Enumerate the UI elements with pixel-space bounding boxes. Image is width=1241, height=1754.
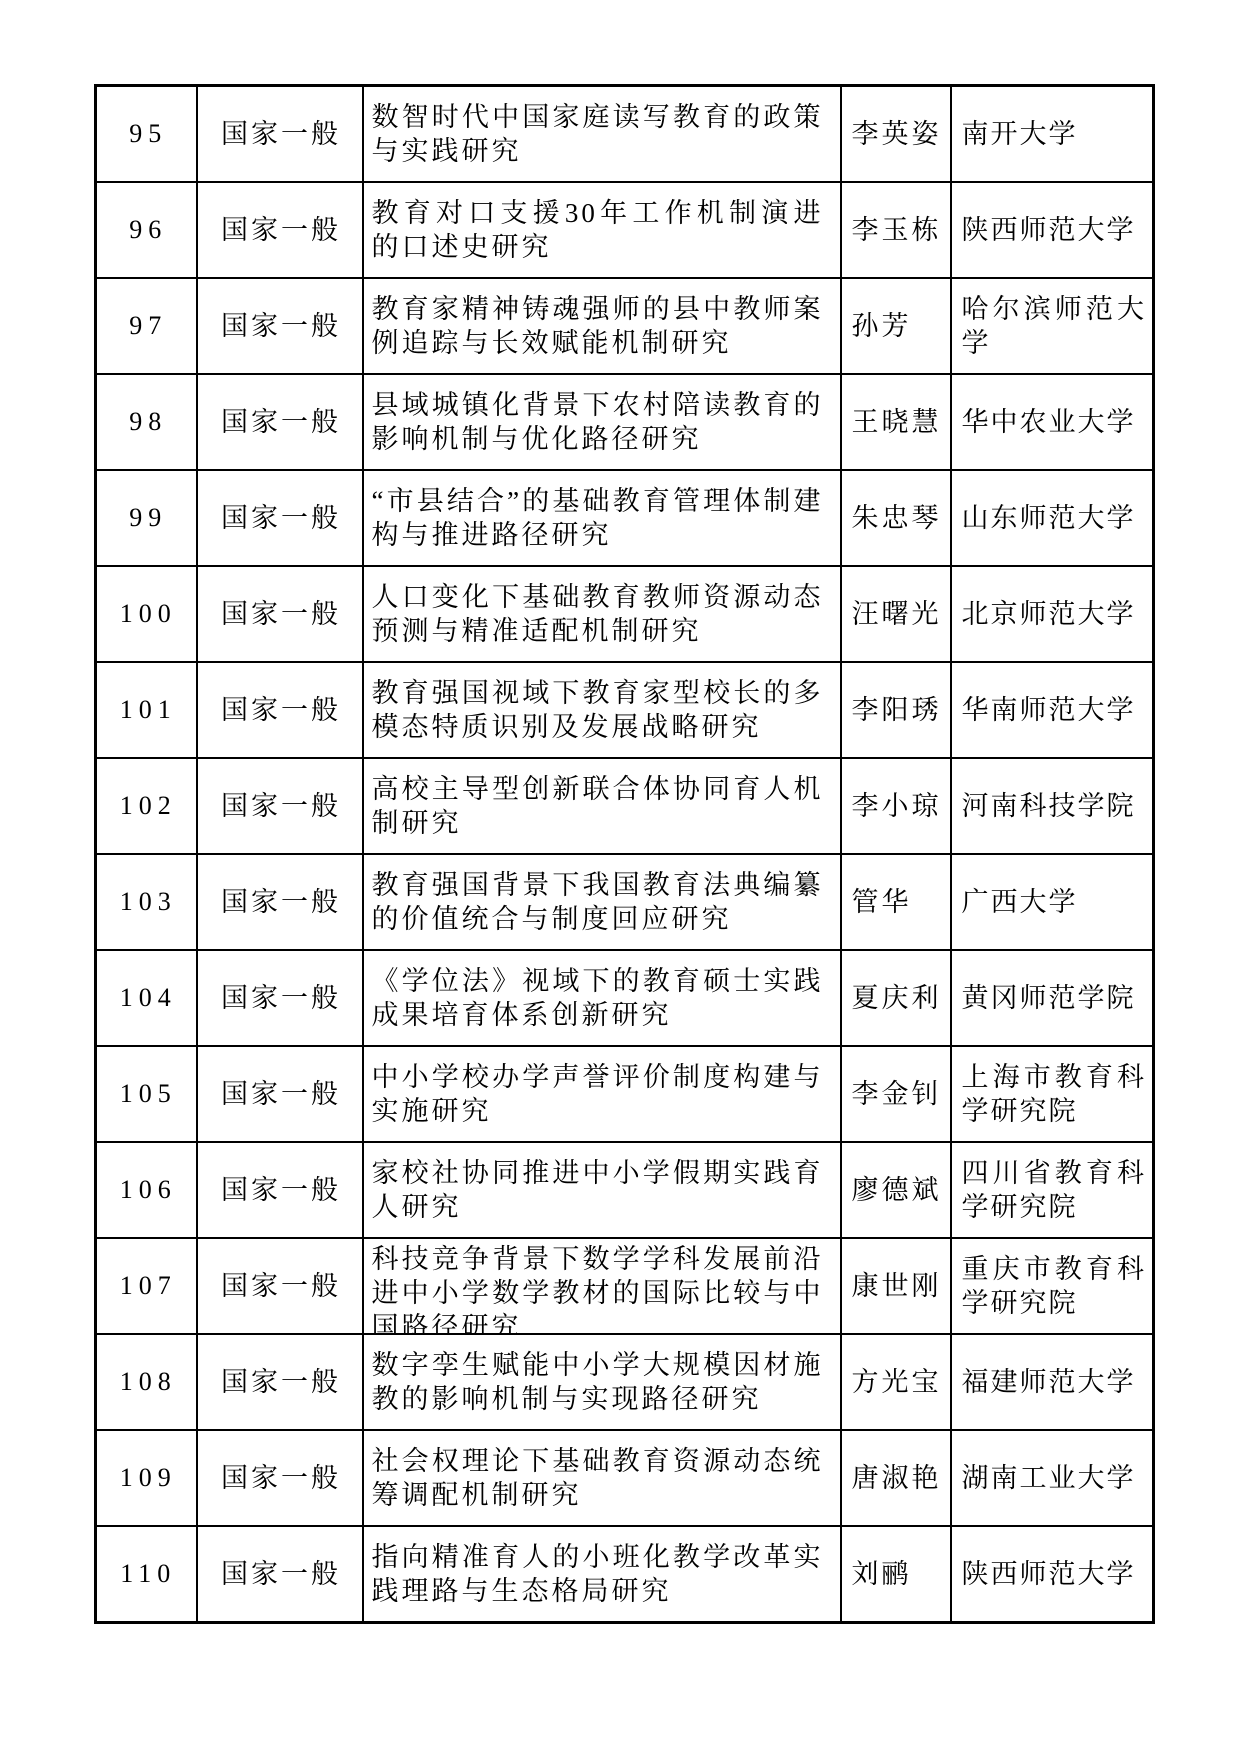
row-number-cell: 102: [96, 758, 197, 854]
table-row: 105 国家一般 中小学校办学声誉评价制度构建与实施研究 李金钊 上海市教育科学…: [96, 1046, 1154, 1142]
category-cell: 国家一般: [197, 1526, 363, 1623]
table-row: 104 国家一般 《学位法》视域下的教育硕士实践成果培育体系创新研究 夏庆利 黄…: [96, 950, 1154, 1046]
category-text: 国家一般: [198, 1335, 362, 1429]
institution-text: 陕西师范大学: [952, 1527, 1153, 1621]
table-row: 109 国家一般 社会权理论下基础教育资源动态统筹调配机制研究 唐淑艳 湖南工业…: [96, 1430, 1154, 1526]
institution-cell: 华南师范大学: [951, 662, 1154, 758]
institution-cell: 山东师范大学: [951, 470, 1154, 566]
institution-text: 广西大学: [952, 855, 1153, 949]
table-row: 101 国家一般 教育强国视域下教育家型校长的多模态特质识别及发展战略研究 李阳…: [96, 662, 1154, 758]
project-title-text: 教育家精神铸魂强师的县中教师案例追踪与长效赋能机制研究: [364, 279, 824, 373]
row-number-text: 106: [97, 1143, 196, 1237]
institution-cell: 上海市教育科学研究院: [951, 1046, 1154, 1142]
category-cell: 国家一般: [197, 854, 363, 950]
table-row: 95 国家一般 数智时代中国家庭读写教育的政策与实践研究 李英姿 南开大学: [96, 86, 1154, 183]
leader-name-cell: 汪曙光: [841, 566, 951, 662]
institution-cell: 河南科技学院: [951, 758, 1154, 854]
project-title-text: 教育强国背景下我国教育法典编纂的价值统合与制度回应研究: [364, 855, 824, 949]
leader-name-text: 刘鹂: [842, 1527, 950, 1621]
project-title-cell: 教育对口支援30年工作机制演进的口述史研究: [363, 182, 841, 278]
institution-text: 四川省教育科学研究院: [952, 1143, 1153, 1237]
institution-cell: 福建师范大学: [951, 1334, 1154, 1430]
project-title-cell: 中小学校办学声誉评价制度构建与实施研究: [363, 1046, 841, 1142]
category-cell: 国家一般: [197, 662, 363, 758]
row-number-text: 102: [97, 759, 196, 853]
project-title-text: 社会权理论下基础教育资源动态统筹调配机制研究: [364, 1431, 824, 1525]
leader-name-text: 王晓慧: [842, 375, 950, 469]
row-number-cell: 99: [96, 470, 197, 566]
category-text: 国家一般: [198, 759, 362, 853]
row-number-cell: 103: [96, 854, 197, 950]
leader-name-text: 康世刚: [842, 1239, 950, 1333]
leader-name-text: 李小琼: [842, 759, 950, 853]
leader-name-cell: 李金钊: [841, 1046, 951, 1142]
row-number-text: 97: [97, 279, 196, 373]
row-number-text: 98: [97, 375, 196, 469]
table-row: 102 国家一般 高校主导型创新联合体协同育人机制研究 李小琼 河南科技学院: [96, 758, 1154, 854]
category-text: 国家一般: [198, 183, 362, 277]
project-title-text: 县域城镇化背景下农村陪读教育的影响机制与优化路径研究: [364, 375, 824, 469]
table-row: 103 国家一般 教育强国背景下我国教育法典编纂的价值统合与制度回应研究 管华 …: [96, 854, 1154, 950]
institution-cell: 黄冈师范学院: [951, 950, 1154, 1046]
leader-name-cell: 夏庆利: [841, 950, 951, 1046]
leader-name-cell: 管华: [841, 854, 951, 950]
table-row: 107 国家一般 科技竞争背景下数学学科发展前沿进中小学数学教材的国际比较与中国…: [96, 1238, 1154, 1334]
category-text: 国家一般: [198, 951, 362, 1045]
project-title-cell: 《学位法》视域下的教育硕士实践成果培育体系创新研究: [363, 950, 841, 1046]
leader-name-cell: 朱忠琴: [841, 470, 951, 566]
leader-name-cell: 李小琼: [841, 758, 951, 854]
row-number-text: 96: [97, 183, 196, 277]
leader-name-text: 方光宝: [842, 1335, 950, 1429]
institution-cell: 北京师范大学: [951, 566, 1154, 662]
leader-name-cell: 孙芳: [841, 278, 951, 374]
category-text: 国家一般: [198, 1047, 362, 1141]
row-number-cell: 101: [96, 662, 197, 758]
leader-name-text: 李玉栋: [842, 183, 950, 277]
row-number-cell: 96: [96, 182, 197, 278]
project-title-cell: 县域城镇化背景下农村陪读教育的影响机制与优化路径研究: [363, 374, 841, 470]
project-title-cell: “市县结合”的基础教育管理体制建构与推进路径研究: [363, 470, 841, 566]
leader-name-text: 廖德斌: [842, 1143, 950, 1237]
institution-text: 上海市教育科学研究院: [952, 1047, 1153, 1141]
leader-name-text: 李英姿: [842, 87, 950, 181]
category-cell: 国家一般: [197, 1238, 363, 1334]
project-approval-table: 95 国家一般 数智时代中国家庭读写教育的政策与实践研究 李英姿 南开大学 96…: [94, 84, 1155, 1624]
table-row: 96 国家一般 教育对口支援30年工作机制演进的口述史研究 李玉栋 陕西师范大学: [96, 182, 1154, 278]
project-title-text: 《学位法》视域下的教育硕士实践成果培育体系创新研究: [364, 951, 824, 1045]
category-text: 国家一般: [198, 1143, 362, 1237]
institution-text: 福建师范大学: [952, 1335, 1153, 1429]
document-page: 95 国家一般 数智时代中国家庭读写教育的政策与实践研究 李英姿 南开大学 96…: [0, 0, 1241, 1754]
institution-text: 南开大学: [952, 87, 1153, 181]
category-text: 国家一般: [198, 279, 362, 373]
institution-text: 华南师范大学: [952, 663, 1153, 757]
leader-name-cell: 李英姿: [841, 86, 951, 183]
project-title-text: 教育强国视域下教育家型校长的多模态特质识别及发展战略研究: [364, 663, 824, 757]
institution-cell: 陕西师范大学: [951, 182, 1154, 278]
leader-name-text: 管华: [842, 855, 950, 949]
project-title-text: 家校社协同推进中小学假期实践育人研究: [364, 1143, 824, 1237]
project-title-cell: 人口变化下基础教育教师资源动态预测与精准适配机制研究: [363, 566, 841, 662]
leader-name-cell: 李阳琇: [841, 662, 951, 758]
category-cell: 国家一般: [197, 470, 363, 566]
institution-text: 陕西师范大学: [952, 183, 1153, 277]
institution-cell: 哈尔滨师范大学: [951, 278, 1154, 374]
row-number-text: 107: [97, 1239, 196, 1333]
project-title-cell: 教育强国视域下教育家型校长的多模态特质识别及发展战略研究: [363, 662, 841, 758]
category-cell: 国家一般: [197, 1334, 363, 1430]
row-number-text: 100: [97, 567, 196, 661]
project-title-cell: 指向精准育人的小班化教学改革实践理路与生态格局研究: [363, 1526, 841, 1623]
leader-name-text: 汪曙光: [842, 567, 950, 661]
leader-name-text: 李金钊: [842, 1047, 950, 1141]
institution-cell: 重庆市教育科学研究院: [951, 1238, 1154, 1334]
institution-cell: 陕西师范大学: [951, 1526, 1154, 1623]
leader-name-text: 朱忠琴: [842, 471, 950, 565]
institution-text: 山东师范大学: [952, 471, 1153, 565]
category-text: 国家一般: [198, 1239, 362, 1333]
row-number-cell: 100: [96, 566, 197, 662]
row-number-cell: 110: [96, 1526, 197, 1623]
project-title-text: 高校主导型创新联合体协同育人机制研究: [364, 759, 824, 853]
project-title-cell: 家校社协同推进中小学假期实践育人研究: [363, 1142, 841, 1238]
row-number-cell: 98: [96, 374, 197, 470]
project-title-cell: 教育强国背景下我国教育法典编纂的价值统合与制度回应研究: [363, 854, 841, 950]
leader-name-text: 夏庆利: [842, 951, 950, 1045]
category-cell: 国家一般: [197, 86, 363, 183]
project-title-text: 教育对口支援30年工作机制演进的口述史研究: [364, 183, 824, 277]
category-cell: 国家一般: [197, 758, 363, 854]
leader-name-text: 孙芳: [842, 279, 950, 373]
project-title-text: 数字孪生赋能中小学大规模因材施教的影响机制与实现路径研究: [364, 1335, 824, 1429]
row-number-text: 105: [97, 1047, 196, 1141]
row-number-text: 108: [97, 1335, 196, 1429]
category-cell: 国家一般: [197, 1142, 363, 1238]
category-cell: 国家一般: [197, 950, 363, 1046]
leader-name-cell: 唐淑艳: [841, 1430, 951, 1526]
category-text: 国家一般: [198, 567, 362, 661]
project-title-text: “市县结合”的基础教育管理体制建构与推进路径研究: [364, 471, 824, 565]
institution-cell: 南开大学: [951, 86, 1154, 183]
row-number-cell: 95: [96, 86, 197, 183]
project-title-cell: 高校主导型创新联合体协同育人机制研究: [363, 758, 841, 854]
table-row: 106 国家一般 家校社协同推进中小学假期实践育人研究 廖德斌 四川省教育科学研…: [96, 1142, 1154, 1238]
row-number-cell: 104: [96, 950, 197, 1046]
row-number-text: 101: [97, 663, 196, 757]
category-text: 国家一般: [198, 471, 362, 565]
row-number-text: 110: [97, 1527, 196, 1621]
project-title-cell: 数字孪生赋能中小学大规模因材施教的影响机制与实现路径研究: [363, 1334, 841, 1430]
row-number-cell: 105: [96, 1046, 197, 1142]
table-row: 97 国家一般 教育家精神铸魂强师的县中教师案例追踪与长效赋能机制研究 孙芳 哈…: [96, 278, 1154, 374]
project-title-text: 人口变化下基础教育教师资源动态预测与精准适配机制研究: [364, 567, 824, 661]
category-text: 国家一般: [198, 663, 362, 757]
project-title-cell: 科技竞争背景下数学学科发展前沿进中小学数学教材的国际比较与中国路径研究: [363, 1238, 841, 1334]
project-title-text: 中小学校办学声誉评价制度构建与实施研究: [364, 1047, 824, 1141]
row-number-cell: 108: [96, 1334, 197, 1430]
category-cell: 国家一般: [197, 182, 363, 278]
table-row: 110 国家一般 指向精准育人的小班化教学改革实践理路与生态格局研究 刘鹂 陕西…: [96, 1526, 1154, 1623]
project-title-cell: 社会权理论下基础教育资源动态统筹调配机制研究: [363, 1430, 841, 1526]
institution-text: 哈尔滨师范大学: [952, 279, 1153, 373]
category-text: 国家一般: [198, 1431, 362, 1525]
category-cell: 国家一般: [197, 1430, 363, 1526]
table-row: 99 国家一般 “市县结合”的基础教育管理体制建构与推进路径研究 朱忠琴 山东师…: [96, 470, 1154, 566]
category-cell: 国家一般: [197, 278, 363, 374]
institution-text: 北京师范大学: [952, 567, 1153, 661]
row-number-text: 104: [97, 951, 196, 1045]
leader-name-cell: 廖德斌: [841, 1142, 951, 1238]
row-number-text: 99: [97, 471, 196, 565]
institution-cell: 广西大学: [951, 854, 1154, 950]
table-row: 108 国家一般 数字孪生赋能中小学大规模因材施教的影响机制与实现路径研究 方光…: [96, 1334, 1154, 1430]
leader-name-text: 唐淑艳: [842, 1431, 950, 1525]
row-number-cell: 106: [96, 1142, 197, 1238]
row-number-cell: 107: [96, 1238, 197, 1334]
project-title-cell: 数智时代中国家庭读写教育的政策与实践研究: [363, 86, 841, 183]
category-cell: 国家一般: [197, 566, 363, 662]
category-text: 国家一般: [198, 855, 362, 949]
institution-text: 河南科技学院: [952, 759, 1153, 853]
project-title-text: 科技竞争背景下数学学科发展前沿进中小学数学教材的国际比较与中国路径研究: [364, 1239, 824, 1333]
leader-name-text: 李阳琇: [842, 663, 950, 757]
category-text: 国家一般: [198, 1527, 362, 1621]
row-number-text: 95: [97, 87, 196, 181]
leader-name-cell: 王晓慧: [841, 374, 951, 470]
table-row: 98 国家一般 县域城镇化背景下农村陪读教育的影响机制与优化路径研究 王晓慧 华…: [96, 374, 1154, 470]
institution-cell: 四川省教育科学研究院: [951, 1142, 1154, 1238]
row-number-cell: 109: [96, 1430, 197, 1526]
category-text: 国家一般: [198, 375, 362, 469]
row-number-text: 103: [97, 855, 196, 949]
institution-text: 华中农业大学: [952, 375, 1153, 469]
leader-name-cell: 李玉栋: [841, 182, 951, 278]
leader-name-cell: 刘鹂: [841, 1526, 951, 1623]
leader-name-cell: 康世刚: [841, 1238, 951, 1334]
table-row: 100 国家一般 人口变化下基础教育教师资源动态预测与精准适配机制研究 汪曙光 …: [96, 566, 1154, 662]
category-cell: 国家一般: [197, 1046, 363, 1142]
institution-cell: 华中农业大学: [951, 374, 1154, 470]
institution-text: 黄冈师范学院: [952, 951, 1153, 1045]
row-number-text: 109: [97, 1431, 196, 1525]
project-title-text: 指向精准育人的小班化教学改革实践理路与生态格局研究: [364, 1527, 824, 1621]
table-body: 95 国家一般 数智时代中国家庭读写教育的政策与实践研究 李英姿 南开大学 96…: [96, 86, 1154, 1623]
category-cell: 国家一般: [197, 374, 363, 470]
project-title-text: 数智时代中国家庭读写教育的政策与实践研究: [364, 87, 824, 181]
row-number-cell: 97: [96, 278, 197, 374]
project-title-cell: 教育家精神铸魂强师的县中教师案例追踪与长效赋能机制研究: [363, 278, 841, 374]
institution-text: 湖南工业大学: [952, 1431, 1153, 1525]
institution-cell: 湖南工业大学: [951, 1430, 1154, 1526]
category-text: 国家一般: [198, 87, 362, 181]
leader-name-cell: 方光宝: [841, 1334, 951, 1430]
institution-text: 重庆市教育科学研究院: [952, 1239, 1153, 1333]
